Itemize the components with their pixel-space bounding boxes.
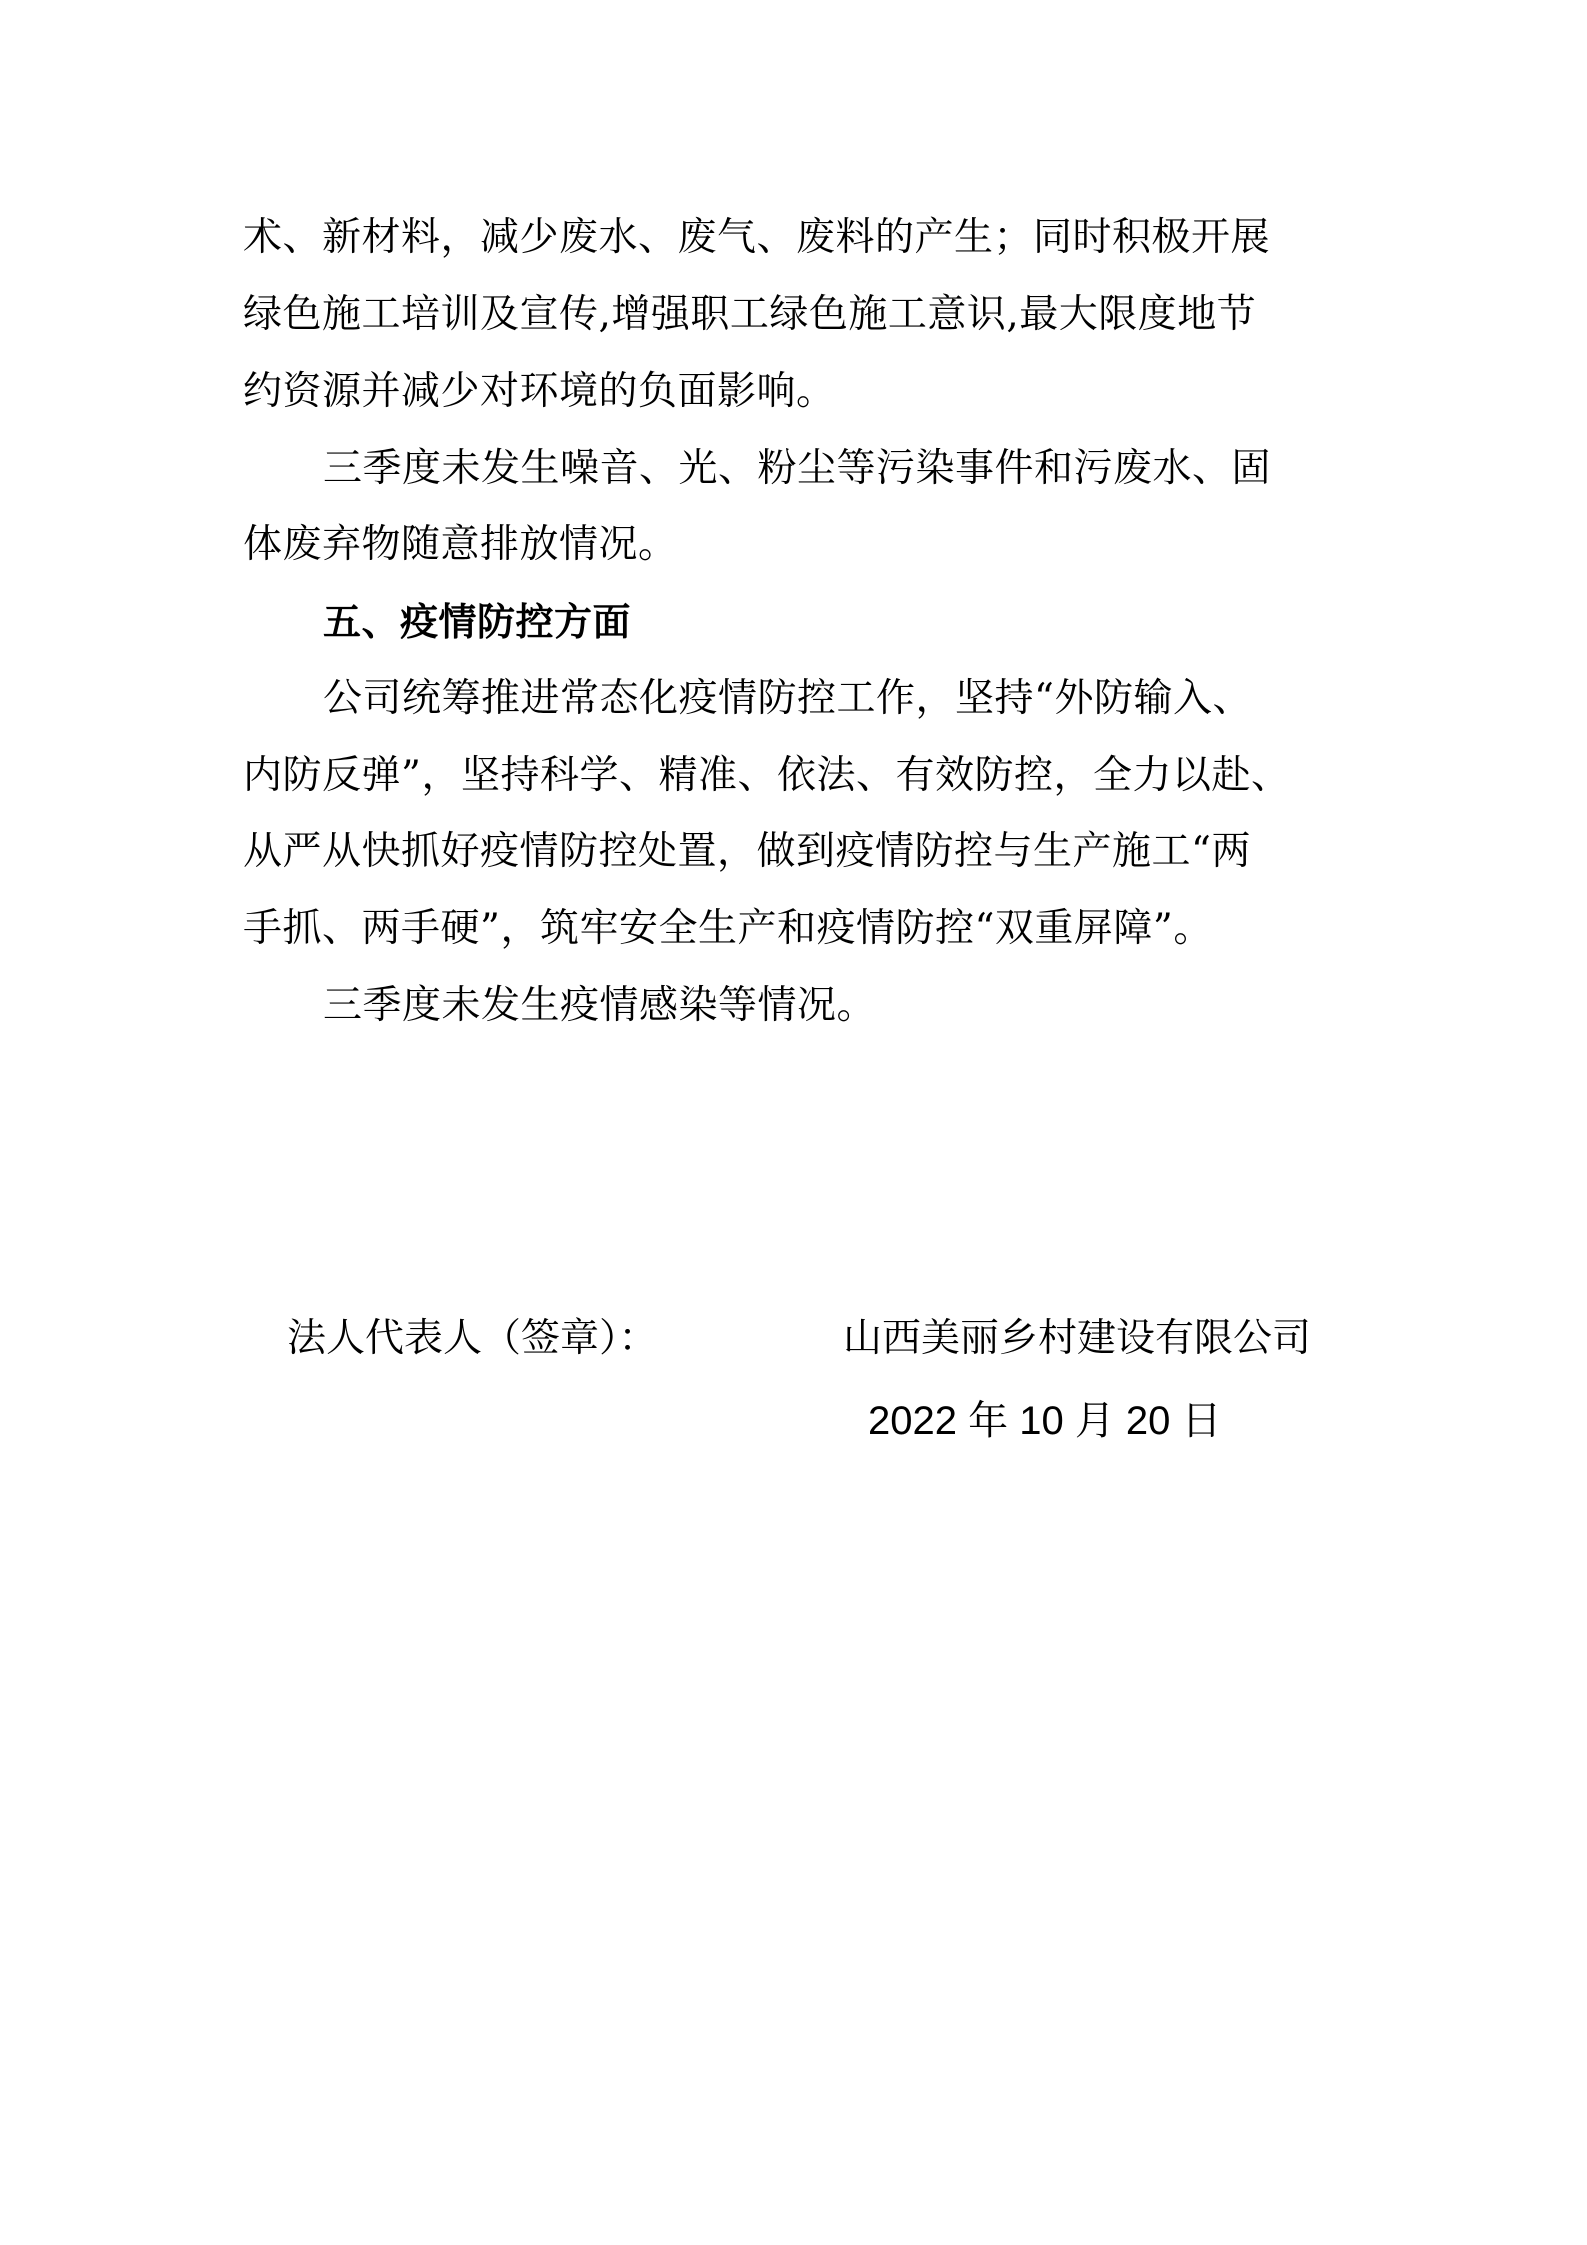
company-name: 山西美丽乡村建设有限公司 [843, 1315, 1311, 1363]
body-text-line: 手抓、两手硬”，筑牢安全生产和疫情防控“双重屏障”。 [243, 905, 1213, 953]
body-text-line: 术、新材料，减少废水、废气、废料的产生；同时积极开展 [243, 214, 1270, 262]
body-text-line: 内防反弹”，坚持科学、精准、依法、有效防控，全力以赴、 [243, 752, 1290, 800]
legal-representative-label: 法人代表人（签章）： [287, 1315, 658, 1363]
body-text-line: 公司统筹推进常态化疫情防控工作，坚持“外防输入、 [323, 675, 1252, 723]
body-text-line: 绿色施工培训及宣传,增强职工绿色施工意识,最大限度地节 [243, 291, 1256, 339]
body-text-line: 三季度未发生疫情感染等情况。 [323, 982, 876, 1030]
body-text-line: 体废弃物随意排放情况。 [243, 521, 678, 569]
body-text-line: 从严从快抓好疫情防控处置，做到疫情防控与生产施工“两 [243, 828, 1251, 876]
signature-date: 2022 年 10 月 20 日 [868, 1397, 1222, 1445]
section-heading: 五、疫情防控方面 [323, 598, 631, 646]
body-text-line: 三季度未发生噪音、光、粉尘等污染事件和污废水、固 [323, 445, 1271, 493]
body-text-line: 约资源并减少对环境的负面影响。 [243, 368, 836, 416]
